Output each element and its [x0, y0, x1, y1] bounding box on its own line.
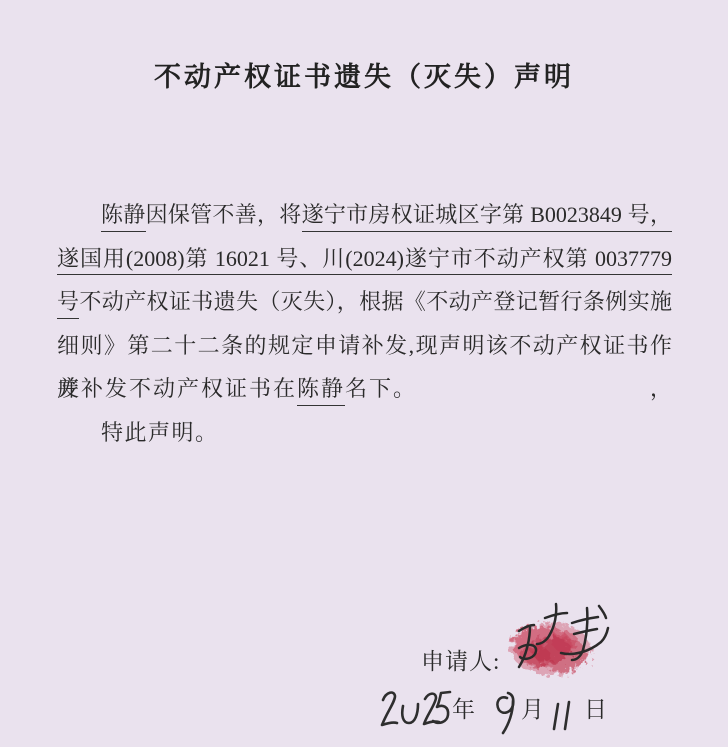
year-label: 年 — [452, 691, 475, 724]
paragraph-line-3: 号不动产权证书遗失（灭失），根据《不动产登记暂行条例实施 — [57, 280, 672, 324]
digit-9 — [497, 693, 513, 713]
plain-text: 并补发不动产权证书在 — [57, 376, 297, 401]
closing-statement: 特此声明。 — [101, 420, 219, 445]
month-label: 月 — [521, 691, 544, 724]
name-underlined: 陈静 — [297, 376, 345, 406]
name-underlined: 陈静 — [101, 202, 146, 232]
paragraph-line-6: 特此声明。 — [57, 411, 672, 455]
plain-text: 因保管不善，将 — [146, 202, 302, 227]
document-title: 不动产权证书遗失（灭失）声明 — [0, 55, 728, 94]
signature-and-fingerprint-seal — [475, 598, 615, 690]
digit-9-tail — [503, 701, 513, 733]
document-page: 不动产权证书遗失（灭失）声明 陈静因保管不善，将遂宁市房权证城区字第 B0023… — [0, 0, 728, 747]
paragraph-line-4: 细则》第二十二条的规定申请补发,现声明该不动产权证书作废， — [57, 324, 672, 368]
plain-text: 不动产权证书遗失（灭失），根据《不动产登记暂行条例实施 — [79, 289, 672, 314]
certificate-number-underlined: 遂宁市房权证城区字第 B0023849 号， — [302, 202, 672, 232]
paragraph-line-1: 陈静因保管不善，将遂宁市房权证城区字第 B0023849 号， — [57, 193, 672, 237]
digit-0 — [402, 704, 418, 723]
digit-1 — [565, 702, 569, 729]
day-label: 日 — [584, 691, 607, 724]
declaration-body: 陈静因保管不善，将遂宁市房权证城区字第 B0023849 号， 遂国用(2008… — [57, 193, 672, 455]
certificate-number-underlined: 号 — [57, 289, 79, 319]
plain-text: 名下。 — [345, 376, 417, 401]
digit-2 — [424, 694, 439, 724]
digit-1 — [554, 704, 558, 729]
digit-2 — [382, 693, 397, 725]
certificate-number-underlined: 遂国用(2008)第 16021 号、川(2024)遂宁市不动产权第 00377… — [57, 246, 672, 276]
paragraph-line-2: 遂国用(2008)第 16021 号、川(2024)遂宁市不动产权第 00377… — [57, 237, 672, 281]
